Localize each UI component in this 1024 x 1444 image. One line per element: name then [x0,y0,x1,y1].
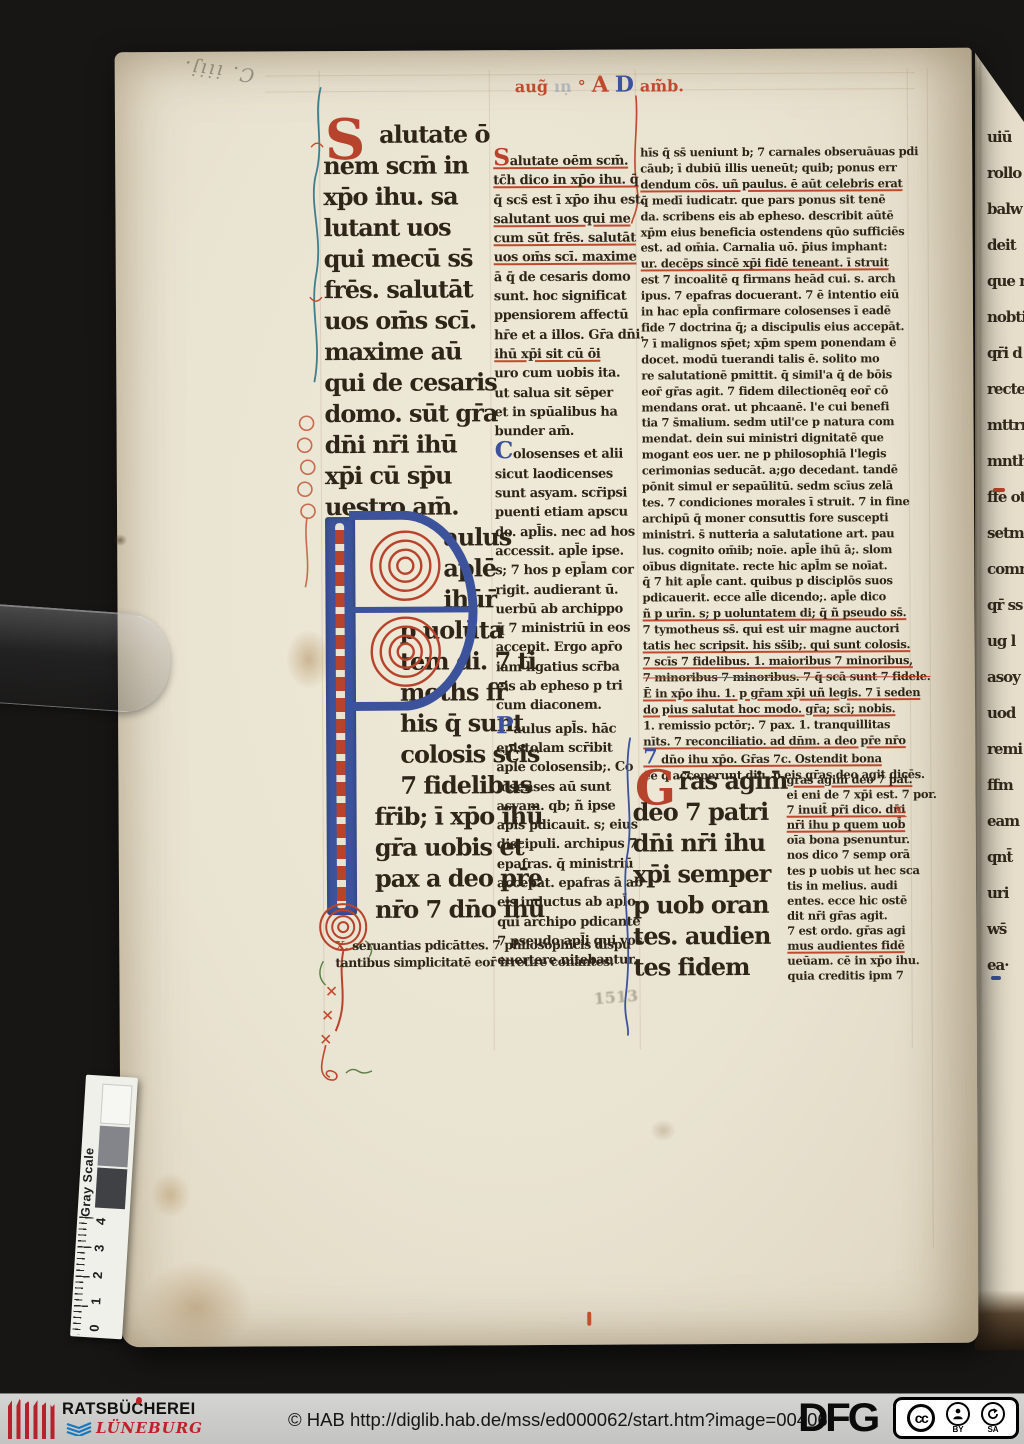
ruler-scale: 43210 [70,1216,129,1337]
facing-page-text-line: ffm [975,776,1024,812]
commentary-line: xp̄m eius beneficia ostendens qūo suffic… [641,224,909,241]
gloss-line: eis inductus ab apl̄o [497,893,639,913]
facing-page-text-line: remi [975,740,1024,776]
parchment-stain [150,1172,190,1218]
ruler-number: 2 [90,1271,105,1279]
commentary-line: Ē in xp̄o ihu. 1. p gr̄am xp̄i uñ legis.… [643,685,911,702]
gloss-line: oīa bona psenuntur. [787,832,919,848]
commentary-line: tes. 7 condiciones morales ī struit. 7 i… [642,494,910,511]
gloss-line: tc̄h dico in xp̄o ihu. q̄ [493,171,635,191]
facing-page-initial-mark [993,488,1005,492]
gloss-line: q̄ scs̄ est ī xp̄o ihu est. [493,190,635,210]
gloss-line: do. apl̄is. nec ad hos [495,522,637,542]
folio-number-pencil: C. iiij. [144,51,256,86]
bible-text-line: r̄as agim̄ [678,765,784,797]
bible-text-line: qui mecū ss̄ [324,242,500,274]
facing-page-text-line: ea· [975,956,1024,992]
running-title: aug̃ıṇ°ADam̃b. [515,71,684,98]
commentary-line: do pius salutat hoc modo. gr̄a; scī; nob… [643,701,911,718]
gloss-line: sunt asyam. scr̄ipsi [495,484,637,504]
initial-p-bowl [349,510,478,711]
gloss-line: ā q̄ de cesaris domo [494,267,636,287]
gloss-line: Salutate oēm scm̄. [493,148,635,172]
commentary-line: eor̄ gr̄as agit. 7 fidem dilectionēq eor… [641,383,909,400]
bible-text-line: frēs. salutāt [324,273,500,305]
gloss-line: 7 est ordo. gr̄as agi [787,923,919,939]
commentary-line: archipū q̄ moner consuttis fore suscepti [642,510,910,527]
gray-patch-dark [95,1168,127,1210]
facing-page-text-line: qr̄ ss i [975,596,1024,632]
bible-text-line: deo 7 patri [633,796,785,828]
footnote-line: tantibus simplicitatē eor̄ irretire cona… [335,952,671,971]
manuscript-photo: uiūrollobalwdeitque nnobtiqr̄i drectemtt… [0,0,1024,1444]
gloss-column: Salutate oēm scm̄.tc̄h dico in xp̄o ihu.… [493,148,639,971]
gloss-line: ppensiorem affectū [494,306,636,326]
running-title-part: aug̃ [515,77,548,96]
facing-page-text: uiūrollobalwdeitque nnobtiqr̄i drectemtt… [975,128,1024,992]
copyright-url: © HAB http://diglib.hab.de/mss/ed000062/… [288,1409,778,1431]
footnote-line: X. seruantias pdicāttes. 7 philosophicis… [335,935,671,954]
commentary-line: tatis hec scripsit. his ss̄ib;. qui sunt… [643,637,911,654]
facing-page-edge: uiūrollobalwdeitque nnobtiqr̄i drectemtt… [975,42,1024,1350]
ruler-number: 4 [93,1217,108,1225]
commentary-line: 7 scīs 7 fidelibus. 1. maioribus 7 minor… [643,653,911,670]
commentary-line: docet. modū tuerandi talis ē. solito mo [641,351,909,368]
commentary-line: ur. decēps sincē xp̄i fidē teneant. ī st… [641,255,909,272]
gloss-line: sunt. hoc significat [494,287,636,307]
gloss-line: ut salua sit sēper [494,383,636,403]
ratsbuecherei-logo-icon [8,1399,56,1439]
cc-by-icon [946,1402,970,1426]
commentary-line: est. ad om̄ia. Carnalia uō. p̄ius imphan… [641,240,909,257]
gloss-line: rigit. audierant ū. [495,580,637,600]
bible-text-line: uos om̄s scī. [324,304,500,336]
gloss-line: apl̄s pdicauit. s; eius [497,816,639,836]
gloss-line: tes p uobis ut hec sca [787,863,919,879]
commentary-line: est 7 incoalitē q firmans heād cui. s. a… [641,271,909,288]
cc-by-label: BY [952,1426,963,1434]
gloss-line: salutant uos qui me [493,209,635,229]
umlaut-accent [136,1397,142,1404]
bible-text-line: lutant uos [323,211,499,243]
running-title-part: am̃b. [640,76,684,95]
commentary-line: nīts. 7 reconciliatio. ad dn̄m. a deo pr… [643,733,911,750]
ruler-number: 1 [88,1297,103,1305]
commentary-line: 1. remissio pctōr;. 7 pax. 1. tranquilli… [643,717,911,734]
facing-page-initial-mark [991,976,1001,980]
running-title-part: A [592,72,609,98]
gray-patch-white [100,1084,132,1126]
pigment-speck [587,1312,591,1326]
commentary-line: 7 ī malignos sp̄et; xp̄m spem ponendam ē [641,335,909,352]
gloss-line: uerbū ab archippo [495,599,637,619]
facing-page-text-line: uiū [975,128,1024,164]
commentary-line: re salutationē pmittit. q̄ simil'a q̄ de… [641,367,909,384]
gloss-line: sicut laodicenses [495,464,637,484]
marginal-penwork-curl [311,981,382,1091]
parchment-stain [141,1262,251,1353]
library-name: RATSBÜCHEREI [62,1400,195,1419]
facing-page-text-line: rollo [975,164,1024,200]
facing-page-text-line: nobti [975,308,1024,344]
cc-sa-label: SA [987,1426,998,1434]
gloss-line: dit nr̄i gr̄as agit. [787,908,919,924]
facing-page-text-line: ug l [975,632,1024,668]
gloss-line: hr̄e et a illos. Gr̄a dn̄i. [494,325,636,345]
gloss-line: uro cum uobis ita. [494,364,636,384]
gloss-line: apl̄e colosensib;. Co [496,758,638,778]
facing-page-text-line: setm a [975,524,1024,560]
bible-text-line: dn̄i nr̄i ihu [633,827,785,859]
parchment-stain [650,1119,676,1141]
facing-page-text-line: ffe ot [975,488,1024,524]
gloss-line: epistolam scr̄ibit [496,738,638,758]
bible-text-line: domo. sūt gr̄a [324,397,500,429]
facing-page-text-line: ws̄ [975,920,1024,956]
gloss-line: losenses aū sunt [496,777,638,797]
commentary-line: mendans orat. ut phcaanē. l'e cui benefi [641,399,909,416]
book-cover-edge [975,1290,1024,1350]
bible-text-line: maxime aū [324,335,500,367]
cc-sa-icon [981,1402,1005,1426]
footer-bar: RATSBÜCHEREI LÜNEBURG © HAB http://digli… [0,1393,1024,1444]
gloss-line: Colosenses et alii [495,441,637,465]
gloss-line: et in spūalibus ha [494,402,636,422]
commentary-column: hīs q̄ ss̄ ueniunt b; 7 carnales obseruā… [640,144,911,785]
gloss-line: epafras. q̄ ministriū [497,854,639,874]
gloss-line: nr̄i ihu p quem uob̄ [787,817,919,833]
facing-page-text-line: eam [975,812,1024,848]
gloss-line: s; 7 hos p epl̄am cor [495,561,637,581]
facing-page-text-line: mnth [975,452,1024,488]
gloss-line: accessit. apl̄e ipse. [495,541,637,561]
gloss-line: discipuli. archipus 7 [497,835,639,855]
initial-p-letter: P [323,509,324,510]
commentary-line: pōnit simul er sepaūlitū. sedm scīus zel… [642,478,910,495]
gray-patch-mid [98,1126,130,1168]
parchment-stain [113,534,127,546]
manuscript-page: C. iiij. aug̃ıṇ°ADam̃b. S alutate ōnem s… [115,48,979,1347]
penwork-spirals [349,519,470,704]
gloss-line: cum sūt frēs. salutāt [494,229,636,249]
ruler-number: 0 [86,1324,101,1332]
commentary-line: mogant eos uer. ne p philosophiā l'legis [642,446,910,463]
running-title-part: D [615,72,634,98]
facing-page-text-line: recte [975,380,1024,416]
gloss-line: ei eni de 7 xp̄i est. 7 por. [786,787,918,803]
bible-text-line: dn̄i nr̄i ihū [325,428,501,460]
book-waves-icon [66,1420,92,1436]
commentary-line: q̄ medī iudicatr. que pars ponus sit ten… [640,192,908,209]
gloss-line: Paulus apl̄s. hāc [496,715,638,739]
bible-text-line: xp̄i semper [633,858,785,890]
gloss-line: iam ligatius scr̄ba [496,657,638,677]
bible-text-line: xp̄i cū sp̄u [325,459,501,491]
gloss-line: quia creditis ipm 7 [787,968,919,984]
gloss-line: nos dico 7 semp orā [787,848,919,864]
commentary-line: lus. cognito om̄ib; noīe. apl̄e ihū ā;. … [642,542,910,559]
facing-page-text-line: uod [975,704,1024,740]
footnote-lines: X. seruantias pdicāttes. 7 philosophicis… [335,935,671,971]
commentary-line: ipus. 7 epafras docuerant. 7 ē intentio … [641,287,909,304]
commentary-line: pdicauerit. ecce all̄e dicendo;. apl̄e d… [642,589,910,606]
facing-page-text-line: asoy [975,668,1024,704]
facing-page-text-line: deit [975,236,1024,272]
gloss-line: uos om̄s scī. maxime [494,248,636,268]
library-city: LÜNEBURG [96,1419,203,1437]
commentary-line: ministri. s̄ nutteria a salutatione art.… [642,526,910,543]
running-title-part: ° [578,77,586,96]
marginal-mark: x. [895,804,907,817]
gloss-line: eis ab epheso p tri [496,677,638,697]
commentary-line: ñ p urīn. s; p uoluntatem di; q̄ ñ pseud… [643,605,911,622]
gloss-line: q̄ 7 ministriū in eos [496,619,638,639]
bible-text-line: nem scm̄ in [323,149,499,181]
commentary-line: dendum cōs. uñ paulus. ē aūt celebris er… [640,176,908,193]
facing-page-text-line: mttrr [975,416,1024,452]
commentary-line: mendat. dein sui ministri dignitatē que [642,430,910,447]
commentary-line: cāub; ī dubiū illis ueneūt; quib; ponus … [640,160,908,177]
gloss-line: entes. ecce hic ostē [787,893,919,909]
commentary-line: da. scribens eis ab epheso. describit aū… [640,208,908,225]
facing-page-text-line: qr̄i d [975,344,1024,380]
gloss-line: ueūam. cē in xp̄o ihu. [787,953,919,969]
gloss-line: bunder am̄. [495,422,637,442]
commentary-line: hīs q̄ ss̄ ueniunt b; 7 carnales obseruā… [640,144,908,161]
dfg-logo: DFG [798,1396,877,1441]
facing-page-text-line: qnt̄ [975,848,1024,884]
ruler-number: 3 [91,1244,106,1252]
gloss-line: accepit. Ergo apr̄o [496,638,638,658]
bible-text-line: xp̄o ihu. sa [323,180,499,212]
decorated-initial-p: P [323,508,487,947]
gloss-line: gr̄as agim̄ deo 7 pat̄. [786,772,918,788]
cc-logo-icon: cc [907,1404,935,1432]
commentary-line: 7 tymotheus ss̄. qui est uir magne aucto… [643,621,911,638]
commentary-line: tia 7 s̄malium. sedm util'ce p natura co… [642,415,910,432]
ruling-line [927,68,934,1248]
bible-text-line: p uob oran [633,889,785,921]
cc-license-badge: cc BY SA [893,1397,1019,1439]
facing-page-text-line: balw [975,200,1024,236]
running-title-part: ıṇ [554,77,572,96]
facing-page-text-line: uri [975,884,1024,920]
commentary-line: in hac epl̄a confirmare colosenses ī ead… [641,303,909,320]
gloss-line: mus audientes fidē [787,938,919,954]
gloss-line: qui archipo pdicante [497,912,639,932]
facing-page-text-line: que n [975,272,1024,308]
gloss-line: accepat. epafras ā ab [497,874,639,894]
gloss-line: cum diaconem. [496,696,638,716]
commentary-line: cerimonias seducāt. a;go decedant. tandē [642,462,910,479]
gloss-line: tis in melius. audi [787,878,919,894]
page-holder-strip [0,604,173,715]
ghost-inscription: 1513 [593,986,639,1008]
facing-page-text-line: comm [975,560,1024,596]
bible-text-line: qui de cesaris [324,366,500,398]
commentary-line: q̄ 7 hit apl̄e cant. quibus p disciplōs … [642,574,910,591]
bible-text-line: alutate ō [379,118,499,150]
gloss-line: ihū xp̄i sit cū ōi [494,344,636,364]
penwork-chain [294,411,321,591]
gloss-line: puenti etiam apscu [495,503,637,523]
commentary-line: 7 minoribus 7 minoribus. 7 q̄ scā sunt 7… [643,669,911,686]
gloss-line: asyam. qb; ñ ipse [497,796,639,816]
commentary-line: fide 7 doctrina q̄; a discipulis eius ac… [641,319,909,336]
